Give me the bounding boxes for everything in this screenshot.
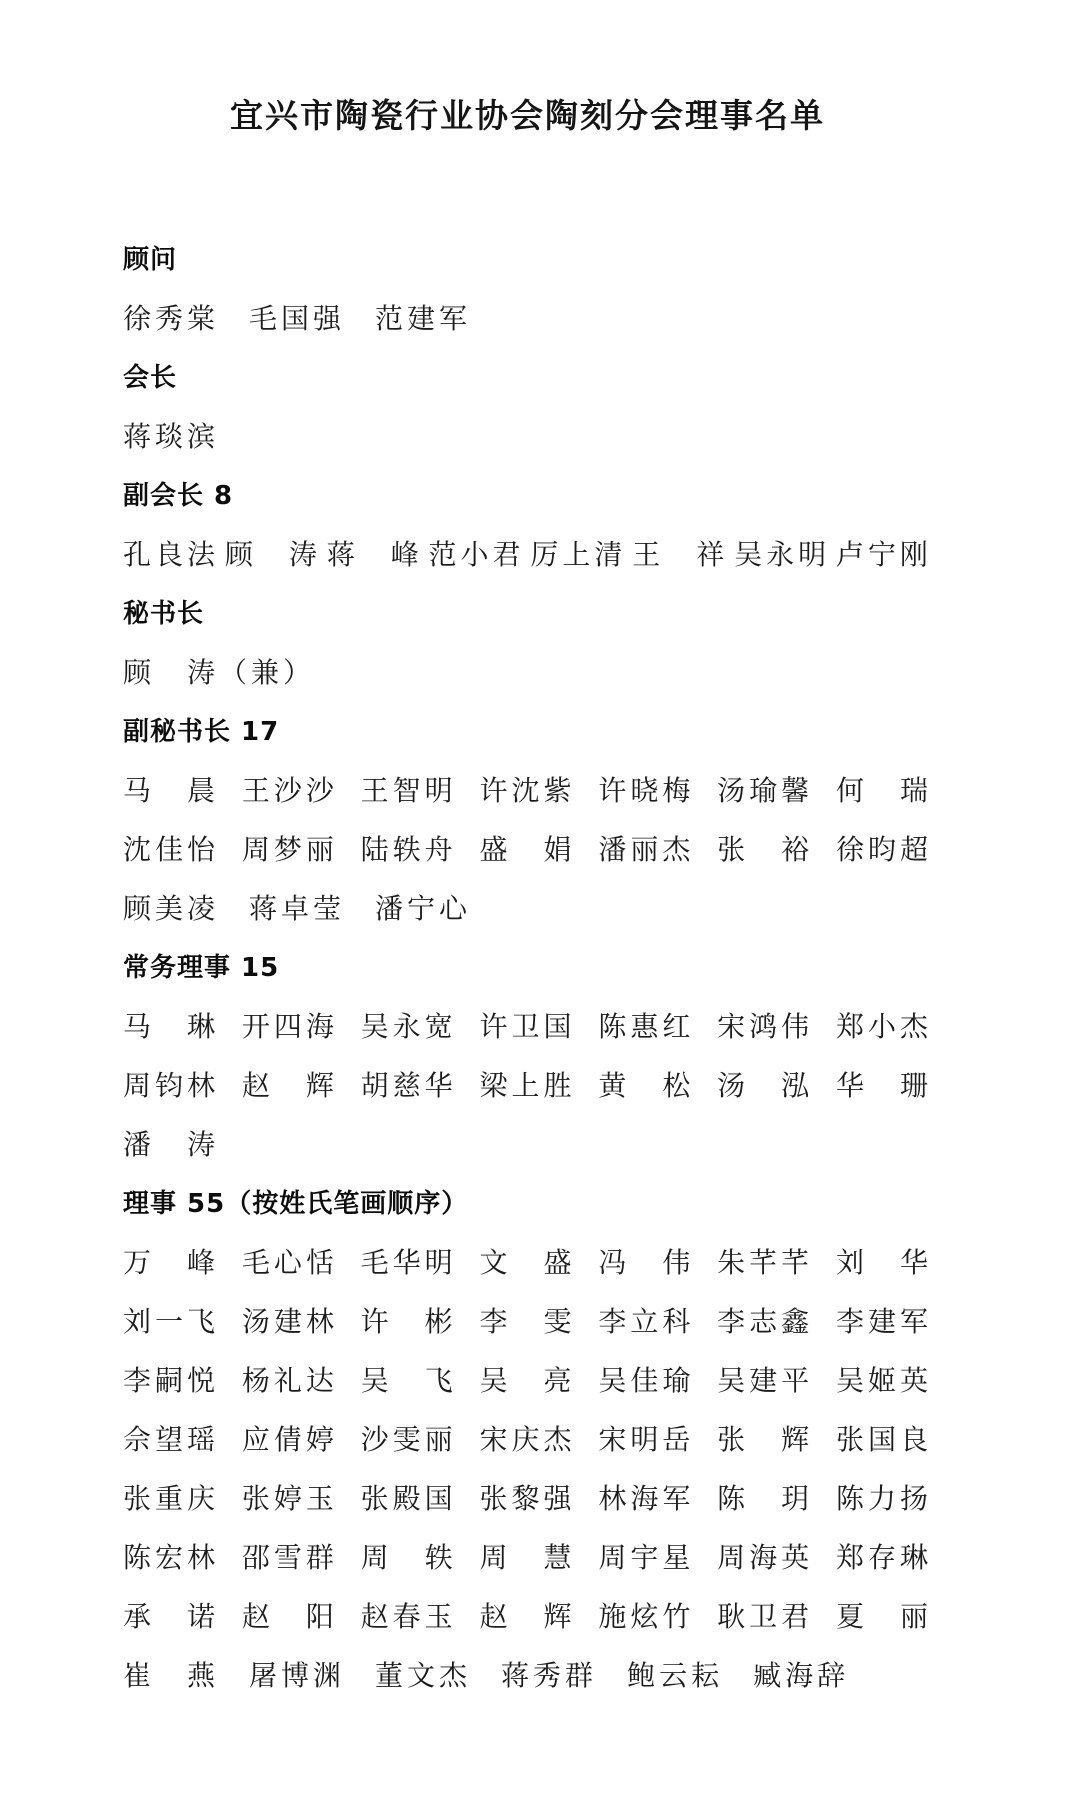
person-name: 许卫国	[479, 1005, 575, 1045]
person-name: 万 峰	[123, 1241, 219, 1281]
person-name: 冯 伟	[598, 1241, 694, 1281]
person-name: 张黎强	[479, 1477, 575, 1517]
person-name: 潘 涛	[123, 1123, 219, 1163]
section-heading: 理事 55（按姓氏笔画顺序）	[123, 1172, 932, 1231]
person-name: 应倩婷	[242, 1418, 338, 1458]
person-name: 蒋琰滨	[123, 415, 219, 455]
person-name: 张重庆	[123, 1477, 219, 1517]
person-name: 赵 辉	[242, 1064, 338, 1104]
person-name: 沙雯丽	[361, 1418, 457, 1458]
person-name: 吴永明	[734, 533, 830, 573]
person-name: 范建军	[375, 297, 471, 337]
person-name: 马 琳	[123, 1005, 219, 1045]
person-name: 王智明	[361, 769, 457, 809]
name-row: 徐秀棠毛国强范建军	[123, 287, 932, 346]
person-name: 张婷玉	[242, 1477, 338, 1517]
person-name: 汤瑜馨	[717, 769, 813, 809]
person-name: 顾 涛	[225, 533, 321, 573]
name-row: 万 峰毛心恬毛华明文 盛冯 伟朱芊芊刘 华	[123, 1231, 932, 1290]
person-name: 周钧林	[123, 1064, 219, 1104]
person-name: 赵春玉	[361, 1595, 457, 1635]
section-directors: 理事 55（按姓氏笔画顺序） 万 峰毛心恬毛华明文 盛冯 伟朱芊芊刘 华 刘一飞…	[123, 1172, 932, 1703]
person-name: 屠博渊	[249, 1654, 345, 1694]
section-president: 会长 蒋琰滨	[123, 346, 932, 464]
person-name: 陈宏林	[123, 1536, 219, 1576]
person-name: 宋鸿伟	[717, 1005, 813, 1045]
person-name: 许晓梅	[598, 769, 694, 809]
section-heading: 常务理事 15	[123, 936, 932, 995]
person-name: 耿卫君	[717, 1595, 813, 1635]
person-name: 陈惠红	[598, 1005, 694, 1045]
person-name: 林海军	[598, 1477, 694, 1517]
person-name: 何 瑞	[836, 769, 932, 809]
name-row: 张重庆张婷玉张殿国张黎强林海军陈 玥陈力扬	[123, 1467, 932, 1526]
person-name: 王沙沙	[242, 769, 338, 809]
person-name: 赵 阳	[242, 1595, 338, 1635]
section-heading: 会长	[123, 346, 932, 405]
name-row: 陈宏林邵雪群周 轶周 慧周宇星周海英郑存琳	[123, 1526, 932, 1585]
person-name: 厉上清	[530, 533, 626, 573]
name-row: 马 琳开四海吴永宽许卫国陈惠红宋鸿伟郑小杰	[123, 995, 932, 1054]
person-name: 吴 飞	[361, 1359, 457, 1399]
person-name: 毛华明	[361, 1241, 457, 1281]
person-name: 鲍云耘	[627, 1654, 723, 1694]
section-advisors: 顾问 徐秀棠毛国强范建军	[123, 228, 932, 346]
person-name: 施炫竹	[598, 1595, 694, 1635]
person-name: 李嗣悦	[123, 1359, 219, 1399]
section-heading: 副秘书长 17	[123, 700, 932, 759]
document-page: 宜兴市陶瓷行业协会陶刻分会理事名单 顾问 徐秀棠毛国强范建军 会长 蒋琰滨 副会…	[0, 0, 1080, 1803]
person-name: 吴佳瑜	[598, 1359, 694, 1399]
person-name: 吴建平	[717, 1359, 813, 1399]
name-row: 李嗣悦杨礼达吴 飞吴 亮吴佳瑜吴建平吴姬英	[123, 1349, 932, 1408]
person-name: 李立科	[598, 1300, 694, 1340]
person-name: 夏 丽	[836, 1595, 932, 1635]
person-name: 陆轶舟	[361, 828, 457, 868]
person-name: 沈佳怡	[123, 828, 219, 868]
person-name: 毛国强	[249, 297, 345, 337]
name-row: 刘一飞汤建林许 彬李 雯李立科李志鑫李建军	[123, 1290, 932, 1349]
person-name: 汤 泓	[717, 1064, 813, 1104]
person-name: 马 晨	[123, 769, 219, 809]
person-name: 周海英	[717, 1536, 813, 1576]
person-name: 周宇星	[598, 1536, 694, 1576]
person-name: 盛 娟	[479, 828, 575, 868]
name-row: 周钧林赵 辉胡慈华梁上胜黄 松汤 泓华 珊	[123, 1054, 932, 1113]
person-name: 顾美凌	[123, 887, 219, 927]
person-name: 潘丽杰	[598, 828, 694, 868]
person-name: 陈力扬	[836, 1477, 932, 1517]
section-standing-directors: 常务理事 15 马 琳开四海吴永宽许卫国陈惠红宋鸿伟郑小杰 周钧林赵 辉胡慈华梁…	[123, 936, 932, 1172]
person-name: 蒋秀群	[501, 1654, 597, 1694]
name-row: 沈佳怡周梦丽陆轶舟盛 娟潘丽杰张 裕徐昀超	[123, 818, 932, 877]
person-name: 吴永宽	[361, 1005, 457, 1045]
person-name: 张 辉	[717, 1418, 813, 1458]
person-name: 崔 燕	[123, 1654, 219, 1694]
person-name: 李志鑫	[717, 1300, 813, 1340]
person-name: 文 盛	[479, 1241, 575, 1281]
person-name: 臧海辞	[753, 1654, 849, 1694]
person-name: 赵 辉	[479, 1595, 575, 1635]
person-name: 吴 亮	[479, 1359, 575, 1399]
person-name: 刘 华	[836, 1241, 932, 1281]
person-name: 毛心恬	[242, 1241, 338, 1281]
name-row: 马 晨王沙沙王智明许沈紫许晓梅汤瑜馨何 瑞	[123, 759, 932, 818]
person-name: 周 轶	[361, 1536, 457, 1576]
person-name: 顾 涛（兼）	[123, 651, 315, 691]
name-row: 崔 燕屠博渊董文杰蒋秀群鲍云耘臧海辞	[123, 1644, 932, 1703]
person-name: 董文杰	[375, 1654, 471, 1694]
person-name: 梁上胜	[479, 1064, 575, 1104]
person-name: 张殿国	[361, 1477, 457, 1517]
name-row: 潘 涛	[123, 1113, 932, 1172]
person-name: 周梦丽	[242, 828, 338, 868]
person-name: 陈 玥	[717, 1477, 813, 1517]
person-name: 徐秀棠	[123, 297, 219, 337]
name-row: 承 诺赵 阳赵春玉赵 辉施炫竹耿卫君夏 丽	[123, 1585, 932, 1644]
person-name: 吴姬英	[836, 1359, 932, 1399]
person-name: 范小君	[429, 533, 525, 573]
section-vice-presidents: 副会长 8 孔良法顾 涛蒋 峰范小君厉上清王 祥吴永明卢宁刚	[123, 464, 932, 582]
person-name: 郑存琳	[836, 1536, 932, 1576]
section-heading: 副会长 8	[123, 464, 932, 523]
section-heading: 顾问	[123, 228, 932, 287]
person-name: 蒋 峰	[327, 533, 423, 573]
person-name: 蒋卓莹	[249, 887, 345, 927]
person-name: 张国良	[836, 1418, 932, 1458]
page-title: 宜兴市陶瓷行业协会陶刻分会理事名单	[123, 96, 932, 136]
person-name: 王 祥	[632, 533, 728, 573]
person-name: 李建军	[836, 1300, 932, 1340]
person-name: 宋庆杰	[479, 1418, 575, 1458]
person-name: 汤建林	[242, 1300, 338, 1340]
person-name: 徐昀超	[836, 828, 932, 868]
person-name: 开四海	[242, 1005, 338, 1045]
person-name: 佘望瑶	[123, 1418, 219, 1458]
section-deputy-secretary-generals: 副秘书长 17 马 晨王沙沙王智明许沈紫许晓梅汤瑜馨何 瑞 沈佳怡周梦丽陆轶舟盛…	[123, 700, 932, 936]
name-row: 顾 涛（兼）	[123, 641, 932, 700]
person-name: 刘一飞	[123, 1300, 219, 1340]
section-heading: 秘书长	[123, 582, 932, 641]
person-name: 卢宁刚	[836, 533, 932, 573]
person-name: 孔良法	[123, 533, 219, 573]
person-name: 朱芊芊	[717, 1241, 813, 1281]
person-name: 宋明岳	[598, 1418, 694, 1458]
person-name: 许沈紫	[479, 769, 575, 809]
person-name: 李 雯	[479, 1300, 575, 1340]
person-name: 周 慧	[479, 1536, 575, 1576]
person-name: 张 裕	[717, 828, 813, 868]
person-name: 邵雪群	[242, 1536, 338, 1576]
name-row: 孔良法顾 涛蒋 峰范小君厉上清王 祥吴永明卢宁刚	[123, 523, 932, 582]
person-name: 郑小杰	[836, 1005, 932, 1045]
section-secretary-general: 秘书长 顾 涛（兼）	[123, 582, 932, 700]
name-row: 佘望瑶应倩婷沙雯丽宋庆杰宋明岳张 辉张国良	[123, 1408, 932, 1467]
person-name: 胡慈华	[361, 1064, 457, 1104]
person-name: 黄 松	[598, 1064, 694, 1104]
name-row: 蒋琰滨	[123, 405, 932, 464]
person-name: 杨礼达	[242, 1359, 338, 1399]
person-name: 承 诺	[123, 1595, 219, 1635]
person-name: 华 珊	[836, 1064, 932, 1104]
person-name: 许 彬	[361, 1300, 457, 1340]
name-row: 顾美凌蒋卓莹潘宁心	[123, 877, 932, 936]
person-name: 潘宁心	[375, 887, 471, 927]
